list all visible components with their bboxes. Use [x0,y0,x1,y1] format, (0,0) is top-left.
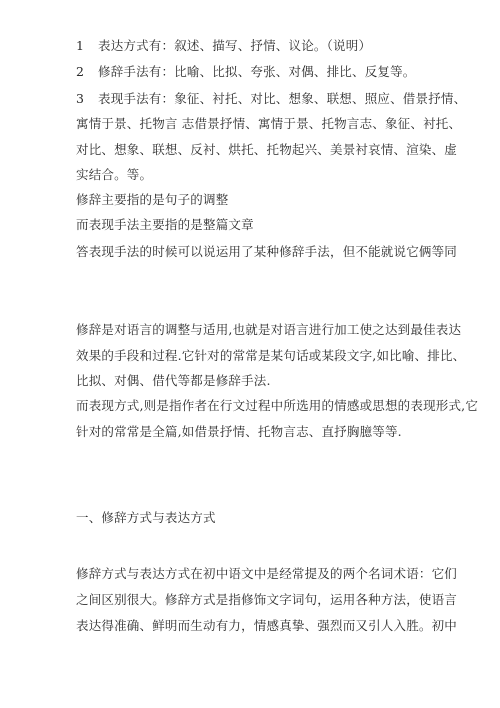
list-number: 1 [76,38,98,54]
paragraph-line: 修辞是对语言的调整与适用,也就是对语言进行加工使之达到最佳表达 [76,322,461,338]
list-text: 表达方式有：叙述、描写、抒情、议论。（说明） [98,38,371,53]
section-heading: 一、修辞方式与表达方式 [76,510,216,526]
list-item-1: 1表达方式有：叙述、描写、抒情、议论。（说明） [76,38,371,54]
paragraph-line: 效果的手段和过程.它针对的常常是某句话或某段文字,如比喻、排比、 [76,348,465,364]
paragraph-line: 之间区别很大。修辞方式是指修饰文字词句，运用各种方法，使语言 [76,592,457,608]
list-continuation-line: 实结合。等。 [76,167,152,183]
list-text: 表现手法有：象征、衬托、对比、想象、联想、照应、借景抒情、 [98,91,466,106]
list-item-3: 3表现手法有：象征、衬托、对比、想象、联想、照应、借景抒情、 [76,91,466,107]
list-number: 3 [76,91,98,107]
list-continuation-line: 对比、想象、联想、反衬、烘托、托物起兴、美景衬哀情、渲染、虚 [76,142,457,158]
document-page: 1表达方式有：叙述、描写、抒情、议论。（说明） 2修辞手法有：比喻、比拟、夸张、… [0,0,500,708]
list-text: 修辞手法有：比喻、比拟、夸张、对偶、排比、反复等。 [98,64,416,79]
paragraph-line: 针对的常常是全篇,如借景抒情、托物言志、直抒胸臆等等. [76,424,402,440]
note-line: 答表现手法的时候可以说运用了某种修辞手法，但不能就说它俩等同 [76,244,457,260]
list-number: 2 [76,64,98,80]
paragraph-line: 表达得准确、鲜明而生动有力，情感真挚、强烈而又引人入胜。初中 [76,618,457,634]
paragraph-line: 而表现方式,则是指作者在行文过程中所选用的情感或思想的表现形式,它 [76,398,478,414]
list-item-2: 2修辞手法有：比喻、比拟、夸张、对偶、排比、反复等。 [76,64,416,80]
note-line: 而表现手法主要指的是整篇文章 [76,217,254,233]
paragraph-line: 修辞方式与表达方式在初中语文中是经常提及的两个名词术语：它们 [76,566,457,582]
list-continuation-line: 寓情于景、托物言 志借景抒情、寓情于景、托物言志、象征、衬托、 [76,116,461,132]
note-line: 修辞主要指的是句子的调整 [76,192,228,208]
paragraph-line: 比拟、对偶、借代等都是修辞手法. [76,373,271,389]
